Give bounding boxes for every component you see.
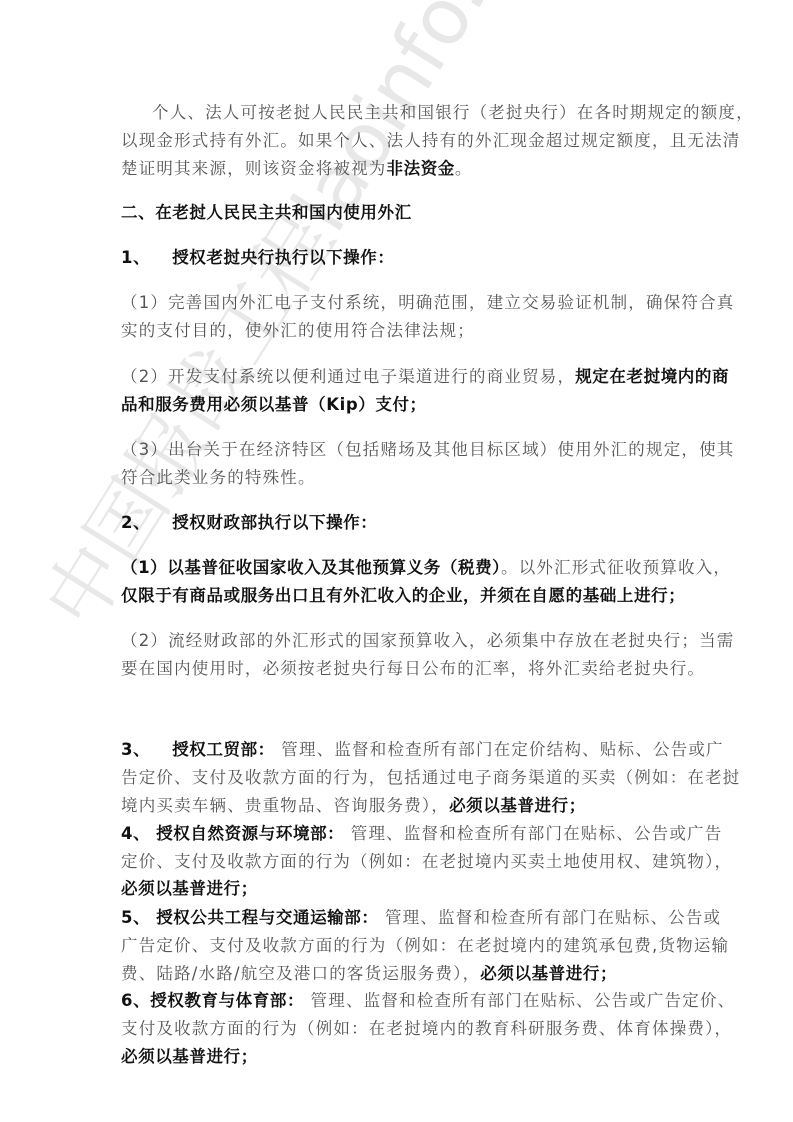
illegal-funds-term: 非法资金 <box>387 159 455 178</box>
item6-line3: 必须以基普进行； <box>121 1043 681 1071</box>
item1-heading: 1、授权老挝央行执行以下操作： <box>121 244 681 272</box>
document-page: 中国报战工程laoinfo.net收录 个人、法人可按老挝人民民主共和国银行（老… <box>0 0 793 1122</box>
item5-line2: 广告定价、支付及收款方面的行为（例如：在老挝境内的建筑承包费,货物运输 <box>121 932 681 960</box>
intro-line-1: 个人、法人可按老挝人民民主共和国银行（老挝央行）在各时期规定的额度， <box>152 99 712 127</box>
item5-line1: 5、授权公共工程与交通运输部： 管理、监督和检查所有部门在贴标、公告或 <box>121 904 681 932</box>
intro-line-3: 楚证明其来源，则该资金将被视为非法资金。 <box>121 155 681 183</box>
item3-line2: 告定价、支付及收款方面的行为，包括通过电子商务渠道的买卖（例如：在老挝 <box>121 764 681 792</box>
item2-heading: 2、授权财政部执行以下操作： <box>121 509 681 537</box>
item2-sub2-line1: （2）流经财政部的外汇形式的国家预算收入，必须集中存放在老挝央行；当需 <box>121 627 681 655</box>
item1-sub3-line1: （3）出台关于在经济特区（包括赌场及其他目标区域）使用外汇的规定，使其 <box>121 436 681 464</box>
item2-sub1-line2: 仅限于有商品或服务出口且有外汇收入的企业，并须在自愿的基础上进行； <box>121 582 681 610</box>
item1-sub2-line2: 品和服务费用必须以基普（Kip）支付； <box>121 391 681 419</box>
item2-sub1-line1: （1）以基普征收国家收入及其他预算义务（税费）。以外汇形式征收预算收入， <box>121 554 681 582</box>
item3-line3: 境内买卖车辆、贵重物品、咨询服务费），必须以基普进行； <box>121 792 681 820</box>
item5-line3: 费、陆路/水路/航空及港口的客货运服务费），必须以基普进行； <box>121 960 681 988</box>
item4-line2: 定价、支付及收款方面的行为（例如：在老挝境内买卖土地使用权、建筑物）， <box>121 848 681 876</box>
item1-sub3-line2: 符合此类业务的特殊性。 <box>121 464 681 492</box>
item6-line2: 支付及收款方面的行为（例如：在老挝境内的教育科研服务费、体育体操费）， <box>121 1015 681 1043</box>
intro-line-2: 以现金形式持有外汇。如果个人、法人持有的外汇现金超过规定额度，且无法清 <box>121 127 681 155</box>
item3-line1: 3、授权工贸部： 管理、监督和检查所有部门在定价结构、贴标、公告或广 <box>121 736 681 764</box>
item6-line1: 6、授权教育与体育部： 管理、监督和检查所有部门在贴标、公告或广告定价、 <box>121 987 681 1015</box>
item4-line3: 必须以基普进行； <box>121 875 681 903</box>
item1-sub1-line2: 实的支付目的，使外汇的使用符合法律法规； <box>121 317 681 345</box>
item2-sub2-line2: 要在国内使用时，必须按老挝央行每日公布的汇率，将外汇卖给老挝央行。 <box>121 655 681 683</box>
item1-sub1-line1: （1）完善国内外汇电子支付系统，明确范围，建立交易验证机制，确保符合真 <box>121 289 681 317</box>
section-heading: 二、在老挝人民民主共和国内使用外汇 <box>121 199 681 227</box>
item1-sub2-line1: （2）开发支付系统以便利通过电子渠道进行的商业贸易，规定在老挝境内的商 <box>121 363 681 391</box>
item4-line1: 4、授权自然资源与环境部： 管理、监督和检查所有部门在贴标、公告或广告 <box>121 820 681 848</box>
